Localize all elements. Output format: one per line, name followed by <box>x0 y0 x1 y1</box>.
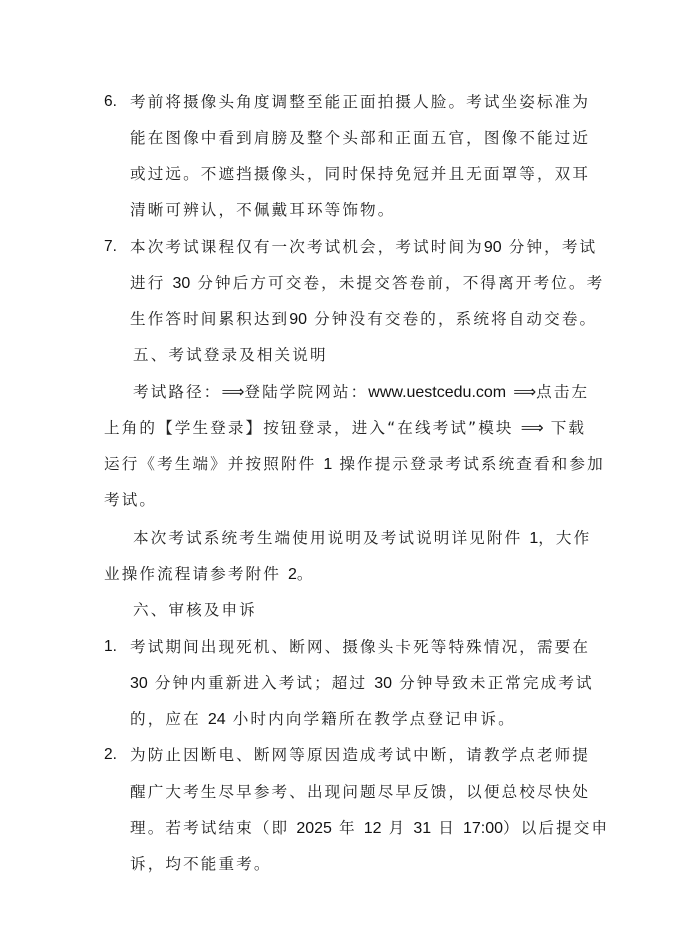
paragraph-line: 考试。 <box>104 482 588 518</box>
text: 登陆学院网站： <box>244 383 368 401</box>
text: 理。若考试结束（即 <box>130 819 289 837</box>
website-link[interactable]: www.uestcedu.com <box>368 384 506 401</box>
text: 进行 <box>130 274 165 292</box>
paragraph-line: 本次考试课程仅有一次考试机会，考试时间为90 分钟，考试 <box>130 229 588 265</box>
list-number: 7. <box>104 229 128 265</box>
text: 生作答时间累积达到 <box>130 310 289 328</box>
text: 。 <box>297 565 315 583</box>
number: 31 <box>413 820 431 837</box>
number: 12 <box>364 820 382 837</box>
list-number: 6. <box>104 84 128 120</box>
paragraph-line: 诉，均不能重考。 <box>130 846 588 882</box>
text: 分钟导致未正常完成考试 <box>399 674 594 692</box>
text: 运行《考生端》并按照附件 <box>104 455 316 473</box>
paragraph-line: 清晰可辨认，不佩戴耳环等饰物。 <box>130 192 588 228</box>
text: 下载 <box>551 419 586 437</box>
section-heading: 五、考试登录及相关说明 <box>133 337 617 373</box>
text: 分钟内重新进入考试；超过 <box>155 674 367 692</box>
list-number: 2. <box>104 737 128 773</box>
text: ）以后提交申 <box>503 819 609 837</box>
document-page: 6. 考前将摄像头角度调整至能正面拍摄人脸。考试坐姿标准为 能在图像中看到肩膀及… <box>0 0 692 928</box>
section-heading: 六、审核及申诉 <box>133 592 617 628</box>
text: 分钟，考试 <box>509 238 597 256</box>
paragraph-line: 的，应在 24 小时内向学籍所在教学点登记申诉。 <box>130 701 588 737</box>
paragraph-line: 运行《考生端》并按照附件 1 操作提示登录考试系统查看和参加 <box>104 446 588 482</box>
paragraph-line: 醒广大考生尽早参考、出现问题尽早反馈，以便总校尽快处 <box>130 774 588 810</box>
paragraph-line: 上角的【学生登录】按钮登录，进入“在线考试”模块 ⟹ 下载 <box>104 410 588 446</box>
arrow-right-icon: ⟹ <box>521 410 544 446</box>
paragraph-line: 考试路径：⟹登陆学院网站：www.uestcedu.com ⟹点击左 <box>133 374 588 410</box>
text: 分钟没有交卷的，系统将自动交卷。 <box>314 310 597 328</box>
text: 考试路径： <box>133 383 221 401</box>
paragraph-line: 为防止因断电、断网等原因造成考试中断，请教学点老师提 <box>130 737 588 773</box>
paragraph-line: 本次考试系统考生端使用说明及考试说明详见附件 1，大作 <box>133 520 588 556</box>
paragraph-line: 考试期间出现死机、断网、摄像头卡死等特殊情况，需要在 <box>130 629 588 665</box>
text: ，大作 <box>538 529 591 547</box>
number: 30 <box>172 275 190 292</box>
paragraph-line: 理。若考试结束（即 2025 年 12 月 31 日 17:00）以后提交申 <box>130 810 588 846</box>
text: 小时内向学籍所在教学点登记申诉。 <box>233 710 516 728</box>
text: 操作提示登录考试系统查看和参加 <box>339 455 604 473</box>
text: 日 <box>438 819 456 837</box>
text: 月 <box>389 819 407 837</box>
number: 90 <box>484 239 502 256</box>
paragraph-line: 或过远。不遮挡摄像头，同时保持免冠并且无面罩等，双耳 <box>130 156 588 192</box>
paragraph-line: 生作答时间累积达到90 分钟没有交卷的，系统将自动交卷。 <box>130 301 588 337</box>
text: 的，应在 <box>130 710 201 728</box>
paragraph-line: 业操作流程请参考附件 2。 <box>104 556 588 592</box>
text: 本次考试系统考生端使用说明及考试说明详见附件 <box>133 529 522 547</box>
number: 1 <box>323 456 332 473</box>
text: 本次考试课程仅有一次考试机会，考试时间为 <box>130 238 484 256</box>
text: 年 <box>339 819 357 837</box>
paragraph-line: 能在图像中看到肩膀及整个头部和正面五官，图像不能过近 <box>130 120 588 156</box>
text: 分钟后方可交卷，未提交答卷前，不得离开考位。考 <box>197 274 604 292</box>
list-number: 1. <box>104 629 128 665</box>
number: 90 <box>289 311 307 328</box>
number: 2 <box>288 566 297 583</box>
number: 1 <box>529 530 538 547</box>
number: 2025 <box>296 820 332 837</box>
arrow-right-icon: ⟹ <box>513 374 536 410</box>
paragraph-line: 考前将摄像头角度调整至能正面拍摄人脸。考试坐姿标准为 <box>130 84 588 120</box>
number: 24 <box>208 711 226 728</box>
time: 17:00 <box>463 820 503 837</box>
arrow-right-icon: ⟹ <box>221 374 244 410</box>
number: 30 <box>130 675 148 692</box>
paragraph-line: 30 分钟内重新进入考试；超过 30 分钟导致未正常完成考试 <box>130 665 588 701</box>
text: 上角的【学生登录】按钮登录，进入“在线考试”模块 <box>104 419 514 437</box>
text: 业操作流程请参考附件 <box>104 565 281 583</box>
paragraph-line: 进行 30 分钟后方可交卷，未提交答卷前，不得离开考位。考 <box>130 265 588 301</box>
text: 点击左 <box>536 383 589 401</box>
number: 30 <box>374 675 392 692</box>
